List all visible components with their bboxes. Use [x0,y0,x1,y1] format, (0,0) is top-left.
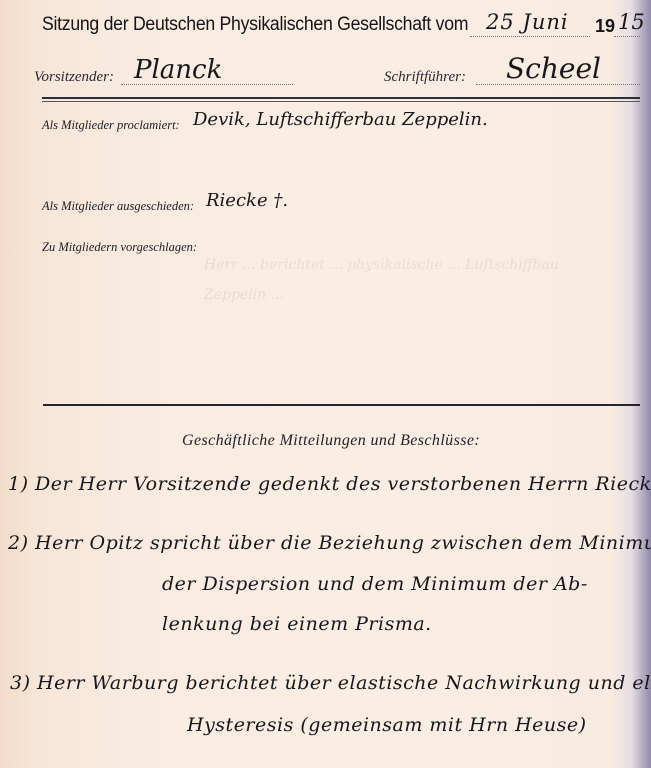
chair-label: Vorsitzender: [34,69,114,86]
departed-members-value: Riecke †. [206,190,288,211]
section-separator [43,404,640,406]
minutes-page: Sitzung der Deutschen Physikalischen Ges… [0,0,651,768]
departed-members-label: Als Mitglieder ausgeschieden: [42,199,194,214]
year-suffix: 15 [618,10,645,34]
business-entry-2-line-3: lenkung bei einem Prisma. [162,613,432,635]
proclaimed-members-label: Als Mitglieder proclamiert: [42,118,180,133]
year-prefix: 19 [595,16,615,37]
secretary-label: Schriftführer: [384,69,466,86]
header-rule-thick [42,97,640,99]
header-rule-thin [42,101,640,102]
date-dotted-line [470,36,590,37]
proposed-members-label: Zu Mitgliedern vorgeschlagen: [42,240,197,255]
meeting-date: 25 Juni [486,10,569,34]
business-entry-2-line-1: 2) Herr Opitz spricht über die Beziehung… [8,532,651,554]
secretary-name: Scheel [506,52,601,85]
bleed-through-text: Herr ... berichtet ... physikalische ...… [204,250,624,310]
business-heading: Geschäftliche Mitteilungen und Beschlüss… [182,432,480,450]
proclaimed-members-value: Devik, Luftschifferbau Zeppelin. [193,109,488,130]
business-entry-1: 1) Der Herr Vorsitzende gedenkt des vers… [8,473,651,495]
business-entry-2-line-2: der Dispersion und dem Minimum der Ab- [162,573,588,595]
chair-name: Planck [134,55,222,85]
page-title: Sitzung der Deutschen Physikalischen Ges… [42,14,468,36]
business-entry-3-line-1: 3) Herr Warburg berichtet über elastisch… [10,672,651,694]
business-entry-3-line-2: Hysteresis (gemeinsam mit Hrn Heuse) [187,714,587,736]
year-dotted-line [614,36,640,37]
